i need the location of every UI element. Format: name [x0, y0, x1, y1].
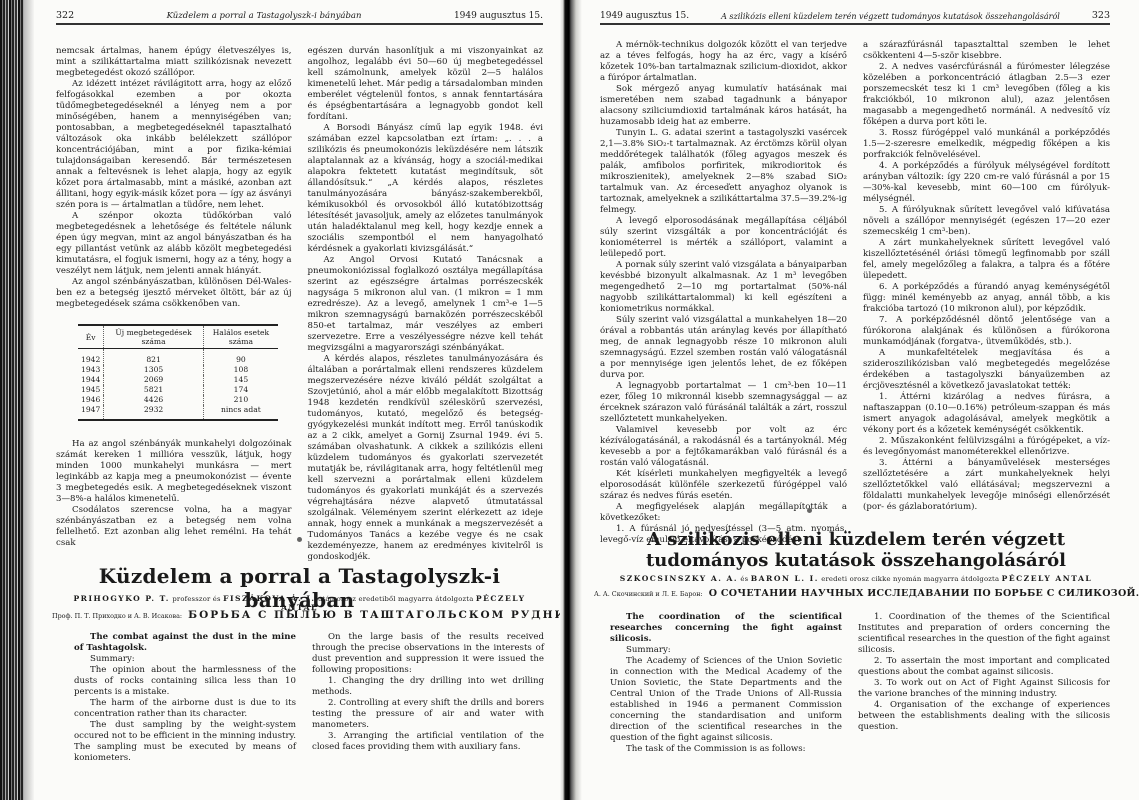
ornament-dot: [297, 537, 302, 542]
paragraph: A legnagyobb portartalmat — 1 cm³-ben 10…: [600, 381, 847, 425]
table-row: 1945 5821 174: [78, 385, 278, 395]
paragraph: Valamivel kevesebb por volt az érc kézív…: [600, 425, 847, 469]
paragraph: A zárt munkahelyeknek sűrített levegővel…: [863, 238, 1110, 282]
paragraph: A munkafeltételek megjavítása és a szide…: [863, 348, 1110, 392]
paragraph: Súly szerint való vizsgálattal a munkahe…: [600, 315, 847, 381]
paragraph: A pornak súly szerint való vizsgálata a …: [600, 260, 847, 315]
running-title: A szilikózis elleni küzdelem terén végze…: [689, 12, 1092, 21]
column-header: Év: [78, 325, 104, 349]
summary-column-1: The combat against the dust in the mine …: [74, 632, 296, 764]
running-header-right: 1949 augusztus 15. A szilikózis elleni k…: [600, 10, 1110, 25]
english-summary-left: The combat against the dust in the mine …: [74, 632, 544, 764]
table-row: 1944 2069 145: [78, 375, 278, 385]
paragraph: 6. A porképződés a fúrandó anyag keménys…: [863, 282, 1110, 315]
paragraph: 2. A nedves vasércfúrásnál a fúrómester …: [863, 62, 1110, 128]
paragraph: Sok mérgező anyag kumulatív hatásának ma…: [600, 84, 847, 128]
column-header: Halálos esetek száma: [203, 325, 278, 349]
paragraph: egészen durván hasonlítjuk a mi viszonya…: [308, 46, 544, 123]
paragraph: Ha az angol szénbányák munkahelyi dolgoz…: [56, 439, 292, 505]
paragraph: 1. Coordination of the themes of the Sci…: [858, 612, 1110, 656]
paragraph: On the large basis of the results receiv…: [312, 632, 544, 676]
summary-column-1: The coordination of the scientifical res…: [610, 612, 842, 755]
paragraph: 2. Controlling at every shift the drills…: [312, 698, 544, 731]
paragraph: Az angol szénbányászatban, különösen Dél…: [56, 277, 292, 310]
column-header: Új megbetegedések száma: [104, 325, 204, 349]
paragraph: Két kísérleti munkahelyen megfigyelték a…: [600, 469, 847, 502]
paragraph: The opinion about the harmlessness of th…: [74, 665, 296, 698]
running-header-left: 322 Küzdelem a porral a Tastagolyszk-i b…: [56, 10, 543, 25]
paragraph: The task of the Commission is as follows…: [610, 744, 842, 755]
book-edge-left: [0, 0, 24, 800]
paragraph: nemcsak ártalmas, hanem épúgy életveszél…: [56, 46, 292, 79]
paragraph: 4. A porképződés a fúrólyuk mélységével …: [863, 161, 1110, 205]
paragraph: Az idézett intézet rávilágitott arra, ho…: [56, 79, 292, 211]
article-title: A szilikózis elleni küzdelem terén végze…: [596, 529, 1116, 571]
paragraph: The Academy of Sciences of the Union Sov…: [610, 656, 842, 744]
paragraph: 3. Rossz fúrógéppel való munkánál a pork…: [863, 128, 1110, 161]
column-2: a szárazfúrásnál tapasztalttal szemben l…: [863, 40, 1110, 510]
paragraph: Csodálatos szerencse volna, ha a magyar …: [56, 505, 292, 549]
issue-date: 1949 augusztus 15.: [600, 11, 689, 21]
body-columns-right: A mérnök-technikus dolgozók között el va…: [600, 40, 1110, 510]
english-summary-right: The coordination of the scientifical res…: [610, 612, 1110, 755]
page-322: 322 Küzdelem a porral a Tastagolyszk-i b…: [0, 0, 566, 800]
article-byline: SZKOCSINSZKY A. A. és BARON L. I. eredet…: [596, 574, 1116, 583]
paragraph: A szénpor okozta tüdőkórban való megbete…: [56, 211, 292, 277]
summary-column-2: On the large basis of the results receiv…: [312, 632, 544, 764]
table-row: 1946 4426 210: [78, 395, 278, 405]
body-columns-left: nemcsak ártalmas, hanem épúgy életveszél…: [56, 46, 543, 544]
paragraph: The dust sampling by the weight-system o…: [74, 720, 296, 764]
paragraph: 1. Áttérni kizárólag a nedves fúrásra, a…: [863, 392, 1110, 436]
table-row: 1942 821 90: [78, 349, 278, 366]
paragraph: 2. To assertain the most important and c…: [858, 656, 1110, 678]
book-spread: 322 Küzdelem a porral a Tastagolyszk-i b…: [0, 0, 1139, 800]
paragraph: A kérdés alapos, részletes tanulmányozás…: [308, 354, 544, 563]
page-number: 323: [1092, 10, 1110, 21]
book-spine: [560, 0, 582, 800]
issue-date: 1949 augusztus 15.: [454, 11, 543, 21]
paragraph: Tunyin L. G. adatai szerint a tastagolys…: [600, 128, 847, 216]
paragraph: 3. To work out on Act of Fight Against S…: [858, 678, 1110, 700]
paragraph: A megfigyelések alapján megállapították …: [600, 502, 847, 524]
paragraph: 3. Áttérni a bányaművelések mesterséges …: [863, 458, 1110, 513]
column-1: nemcsak ártalmas, hanem épúgy életveszél…: [56, 46, 292, 544]
summary-heading: The coordination of the scientifical res…: [610, 612, 842, 645]
summary-label: Summary:: [74, 654, 296, 665]
summary-label: Summary:: [610, 645, 842, 656]
table-row: 1943 1305 108: [78, 365, 278, 375]
paragraph: 5. A fúrólyuknak sűrített levegővel való…: [863, 205, 1110, 238]
paragraph: Az Angol Orvosi Kutató Tanácsnak a pneum…: [308, 255, 544, 354]
paragraph: A mérnök-technikus dolgozók között el va…: [600, 40, 847, 84]
paragraph: 1. Changing the dry drilling into wet dr…: [312, 676, 544, 698]
paragraph: 4. Organisation of the exchange of exper…: [858, 700, 1110, 733]
paragraph: A Borsodi Bányász című lap egyik 1948. é…: [308, 123, 544, 255]
russian-title-line: Проф. П. Т. Приходко и А. В. Исакова: БО…: [52, 609, 566, 621]
paragraph: 3. Arranging the artificial ventilation …: [312, 731, 544, 753]
paragraph: a szárazfúrásnál tapasztalttal szemben l…: [863, 40, 1110, 62]
summary-column-2: 1. Coordination of the themes of the Sci…: [858, 612, 1110, 755]
page-number: 322: [56, 10, 74, 21]
paragraph: The harm of the airborne dust is due to …: [74, 698, 296, 720]
summary-heading: The combat against the dust in the mine …: [74, 632, 296, 654]
running-title: Küzdelem a porral a Tastagolyszk-i bányá…: [74, 11, 454, 21]
russian-title-line: А. А. Скочинский и Л. Е. Барон: О СОЧЕТА…: [594, 588, 1139, 599]
silicosis-statistics-table: Év Új megbetegedések száma Halálos esete…: [78, 324, 278, 421]
paragraph: 7. A porképződésnél döntő jelentősége va…: [863, 315, 1110, 348]
table-row: 1947 2932 nincs adat: [78, 405, 278, 420]
column-2: egészen durván hasonlítjuk a mi viszonya…: [308, 46, 544, 544]
column-1: A mérnök-technikus dolgozók között el va…: [600, 40, 847, 510]
ornament-dot: [807, 508, 812, 513]
paragraph: 2. Műszakonként felülvizsgálni a fúrógép…: [863, 436, 1110, 458]
paragraph: A levegő elporosodásának megállapítása c…: [600, 216, 847, 260]
page-323: 1949 augusztus 15. A szilikózis elleni k…: [566, 0, 1139, 800]
